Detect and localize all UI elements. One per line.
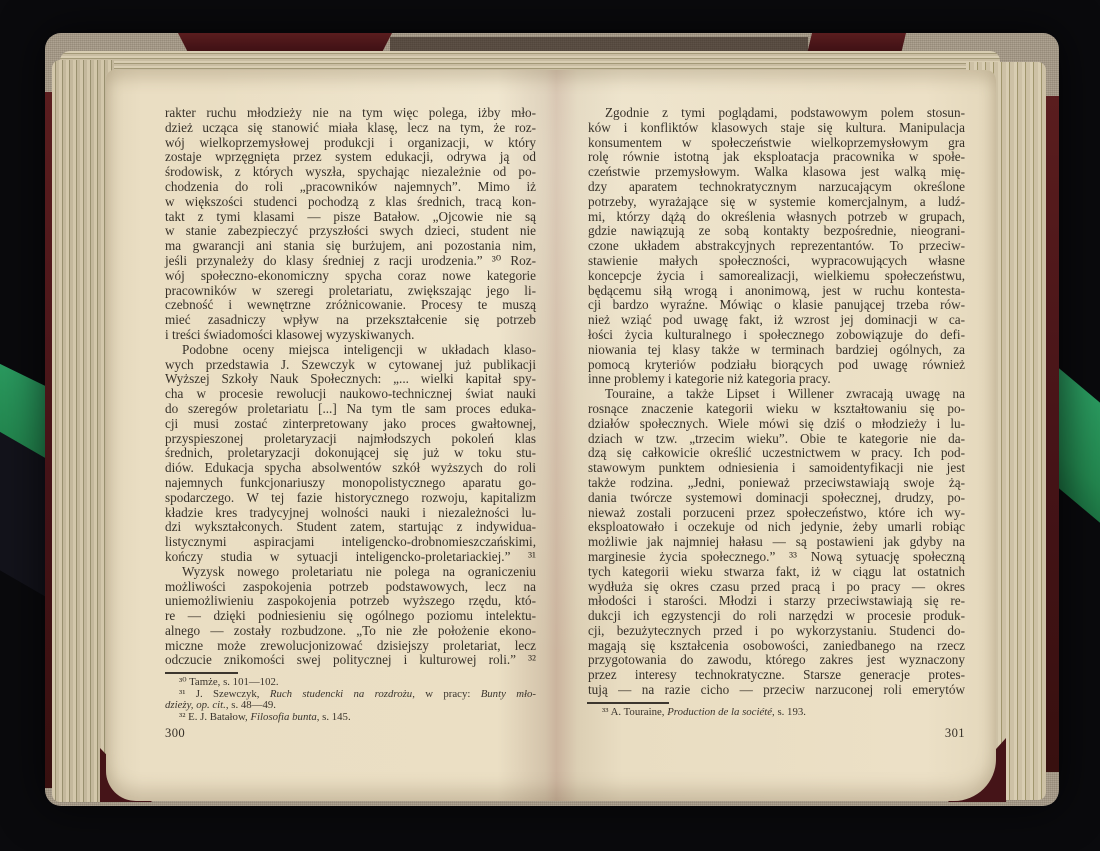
text-line: czebność i wewnętrzne zróżnicowanie. Pro…	[165, 298, 536, 313]
text-line: kończy studia w sytuacji inteligencko-pr…	[165, 550, 536, 565]
text-line: listycznymi aspiracjami inteligencko-dro…	[165, 535, 536, 550]
text-line: rakter ruchu młodzieży nie na tym więc p…	[165, 106, 536, 121]
text-line: także rodzina. „Jedni, ponieważ przeciws…	[588, 476, 965, 491]
text-line: uniemożliwieniu zaspokojenia potrzeb wyż…	[165, 594, 536, 609]
footnote-title-italic: Bunty mło-	[481, 688, 536, 700]
text-line: odczucie znikomości swej politycznej i k…	[165, 653, 536, 668]
text-line: niowania tej klasy także w terminach bar…	[588, 343, 965, 358]
text-line: rosnące znaczenie kategorii wieku w kszt…	[588, 402, 965, 417]
text-line: przez interesy technokratyczne. Starsze …	[588, 668, 965, 683]
text-line: średnich, proletaryzacji dokonującej się…	[165, 446, 536, 461]
footnote-title-italic: Ruch studencki na rozdrożu	[270, 688, 412, 700]
text-line: dzi wykształconych. Student zatem, start…	[165, 520, 536, 535]
text-line: rolę równie istotną jak eksploatacja pra…	[588, 150, 965, 165]
footnote-text: ³¹ J. Szewczyk,	[179, 688, 270, 700]
text-line: tych kategorii wieku stwarza fakt, iż w …	[588, 565, 965, 580]
left-page-footnotes: ³⁰ Tamże, s. 101—102.³¹ J. Szewczyk, Ruc…	[165, 677, 536, 723]
footnote-text: , w pracy:	[412, 688, 480, 700]
text-line: ma gwarancji ani stania się burżujem, an…	[165, 239, 536, 254]
text-line: Wyższej Szkoły Nauk Społecznych: „... wi…	[165, 372, 536, 387]
text-line: gdzie nawiązują ze sobą kontakty bezpośr…	[588, 224, 965, 239]
text-line: możliwie jak najmniej hałasu — są postaw…	[588, 535, 965, 550]
text-line: przygotowania do zawodu, którego zakres …	[588, 653, 965, 668]
text-line: będącemu siłą wrogą i anonimową, jest w …	[588, 284, 965, 299]
text-line: inne problemy i kategorie niż kategoria …	[588, 372, 965, 387]
text-line: re — dzięki podniesieniu się ogólnego po…	[165, 609, 536, 624]
footnote-title-italic: dzieży, op. cit.	[165, 699, 226, 711]
text-line: nieważ zostali porzuceni przez społeczeń…	[588, 506, 965, 521]
text-line: potrzeby, wyrażające się w systemie kome…	[588, 195, 965, 210]
footnote-line: ³³ A. Touraine, Production de la société…	[588, 707, 965, 719]
text-line: Zgodnie z tymi poglądami, podstawowym po…	[588, 106, 965, 121]
text-line: kładzie kres tradycyjnej wolności nauki …	[165, 506, 536, 521]
footnote-text: , s. 48—49.	[226, 699, 276, 711]
text-line: jeśli przynależy do klasy średniej z rac…	[165, 254, 536, 269]
footnote-title-italic: Filosofia bunta	[250, 711, 316, 723]
page-number-left: 300	[165, 726, 285, 741]
text-line: przyspieszonej proletaryzacji najmłodszy…	[165, 432, 536, 447]
footnote-text: , s. 193.	[772, 706, 806, 718]
text-line: wych przedstawia J. Szewczyk w cytowanej…	[165, 358, 536, 373]
text-line: eksploatowało i oczekuje od nich jedynie…	[588, 520, 965, 535]
text-line: stawowym punktem odniesienia i samoident…	[588, 461, 965, 476]
text-line: Wyzysk nowego proletariatu nie polega na…	[165, 565, 536, 580]
leather-edge-right	[1046, 96, 1059, 772]
text-line: cha w procesie rewolucji naukowo-technic…	[165, 387, 536, 402]
text-line: magają się kształcenia osobowości, zanie…	[588, 639, 965, 654]
text-line: dzież ucząca się stanowić miała klasę, l…	[165, 121, 536, 136]
text-line: koncepcje życia i samorealizacji, wielki…	[588, 269, 965, 284]
text-line: spodarczego. W tej fazie historycznego r…	[165, 491, 536, 506]
text-line: wój wielkoprzemysłowej produkcji i organ…	[165, 136, 536, 151]
text-line: dukcji ich egzystencji do roli narzędzi …	[588, 609, 965, 624]
text-line: mieć zasadniczy wpływ na przekształcenie…	[165, 313, 536, 328]
page-number-right: 301	[845, 726, 965, 741]
text-line: cji bardzo wyraźne. Mówiąc o klasie panu…	[588, 298, 965, 313]
text-line: w większości studenci pochodzą z klas śr…	[165, 195, 536, 210]
text-line: pracowników w szeregi proletariatu, zwię…	[165, 284, 536, 299]
text-line: łości życia kulturalnego i społecznego z…	[588, 328, 965, 343]
text-line: chodzenia do roli „pracowników najemnych…	[165, 180, 536, 195]
text-line: i treści świadomości klasowej wyzyskiwan…	[165, 328, 536, 343]
text-line: stawienie małych społeczności, wypracowu…	[588, 254, 965, 269]
text-line: marginesie życia społecznego.” ³³ Nową s…	[588, 550, 965, 565]
text-line: do szeregów proletariatu [...] Na tym tl…	[165, 402, 536, 417]
text-line: czeństwie przemysłowym. Walka klasowa je…	[588, 165, 965, 180]
right-page-text: Zgodnie z tymi poglądami, podstawowym po…	[588, 106, 965, 698]
text-line: Touraine, a także Lipset i Willener zwra…	[588, 387, 965, 402]
text-line: czone układem abstrakcyjnych reprezentan…	[588, 239, 965, 254]
text-line: najemnych funkcjonariuszy monopolistyczn…	[165, 476, 536, 491]
text-line: zostaje wprzęgnięta przez system edukacj…	[165, 150, 536, 165]
text-line: działów społecznych. Wiele mówi się dziś…	[588, 417, 965, 432]
text-line: ków i konfliktów klasowych staje się kul…	[588, 121, 965, 136]
footnote-text: , s. 145.	[317, 711, 351, 723]
footnote-text: ³³ A. Touraine,	[602, 706, 667, 718]
text-line: dzy aparatem technokratycznym narzucając…	[588, 180, 965, 195]
text-line: środowisk, z których wyszła, spychając n…	[165, 165, 536, 180]
right-page-footnotes: ³³ A. Touraine, Production de la société…	[588, 707, 965, 719]
text-line: konsumentem w społeczeństwie wielkoprzem…	[588, 136, 965, 151]
text-line: dziach w tzw. „trzecim wieku”. Obie te k…	[588, 432, 965, 447]
footnote-title-italic: Production de la société	[667, 706, 772, 718]
text-line: wój społeczno-ekonomiczny spycha coraz n…	[165, 269, 536, 284]
text-line: mi, którzy dążą do określenia własnych p…	[588, 210, 965, 225]
footnote-rule-right	[587, 702, 669, 704]
left-page-text: rakter ruchu młodzieży nie na tym więc p…	[165, 106, 536, 668]
text-line: cji musi zostać zinterpretowany jako pro…	[165, 417, 536, 432]
text-line: młodości i starości. Młodzi i starzy prz…	[588, 594, 965, 609]
text-line: wydłuża się okres czasu przed pracą i po…	[588, 580, 965, 595]
text-line: dania twórcze systemowi dominacji społec…	[588, 491, 965, 506]
photo-open-book: { "scene": { "background_color": "#0a0a0…	[0, 0, 1100, 851]
text-line: diów. Edukacja spycha absolwentów szkół …	[165, 461, 536, 476]
text-line: miczne może zrewolucjonizować dzisiejszy…	[165, 639, 536, 654]
text-line: możliwości zaspokojenia potrzeb podstawo…	[165, 580, 536, 595]
text-line: tują — na razie cicho — przeciw narzucon…	[588, 683, 965, 698]
text-line: w stanie zabezpieczyć przyszłości swych …	[165, 224, 536, 239]
text-line: takt z tymi klasami — pisze Batałow. „Oj…	[165, 210, 536, 225]
text-line: alnego — zostały rozbudzone. „To nie złe…	[165, 624, 536, 639]
text-line: cji, bezużytecznych przed i po wykorzyst…	[588, 624, 965, 639]
footnote-text: ³² E. J. Batałow,	[179, 711, 250, 723]
text-line: Podobne oceny miejsca inteligencji w ukł…	[165, 343, 536, 358]
footnote-line: ³² E. J. Batałow, Filosofia bunta, s. 14…	[165, 712, 536, 724]
text-line: dzą się całkowicie określić uczestnictwe…	[588, 446, 965, 461]
page-stack-left-edges	[52, 60, 114, 802]
footnote-rule-left	[165, 672, 238, 674]
footnote-text: ³⁰ Tamże, s. 101—102.	[179, 676, 279, 688]
text-line: pomocą kryteriów podziału biorących pod …	[588, 358, 965, 373]
text-line: nież wziąć pod uwagę fakt, iż wzrost jej…	[588, 313, 965, 328]
